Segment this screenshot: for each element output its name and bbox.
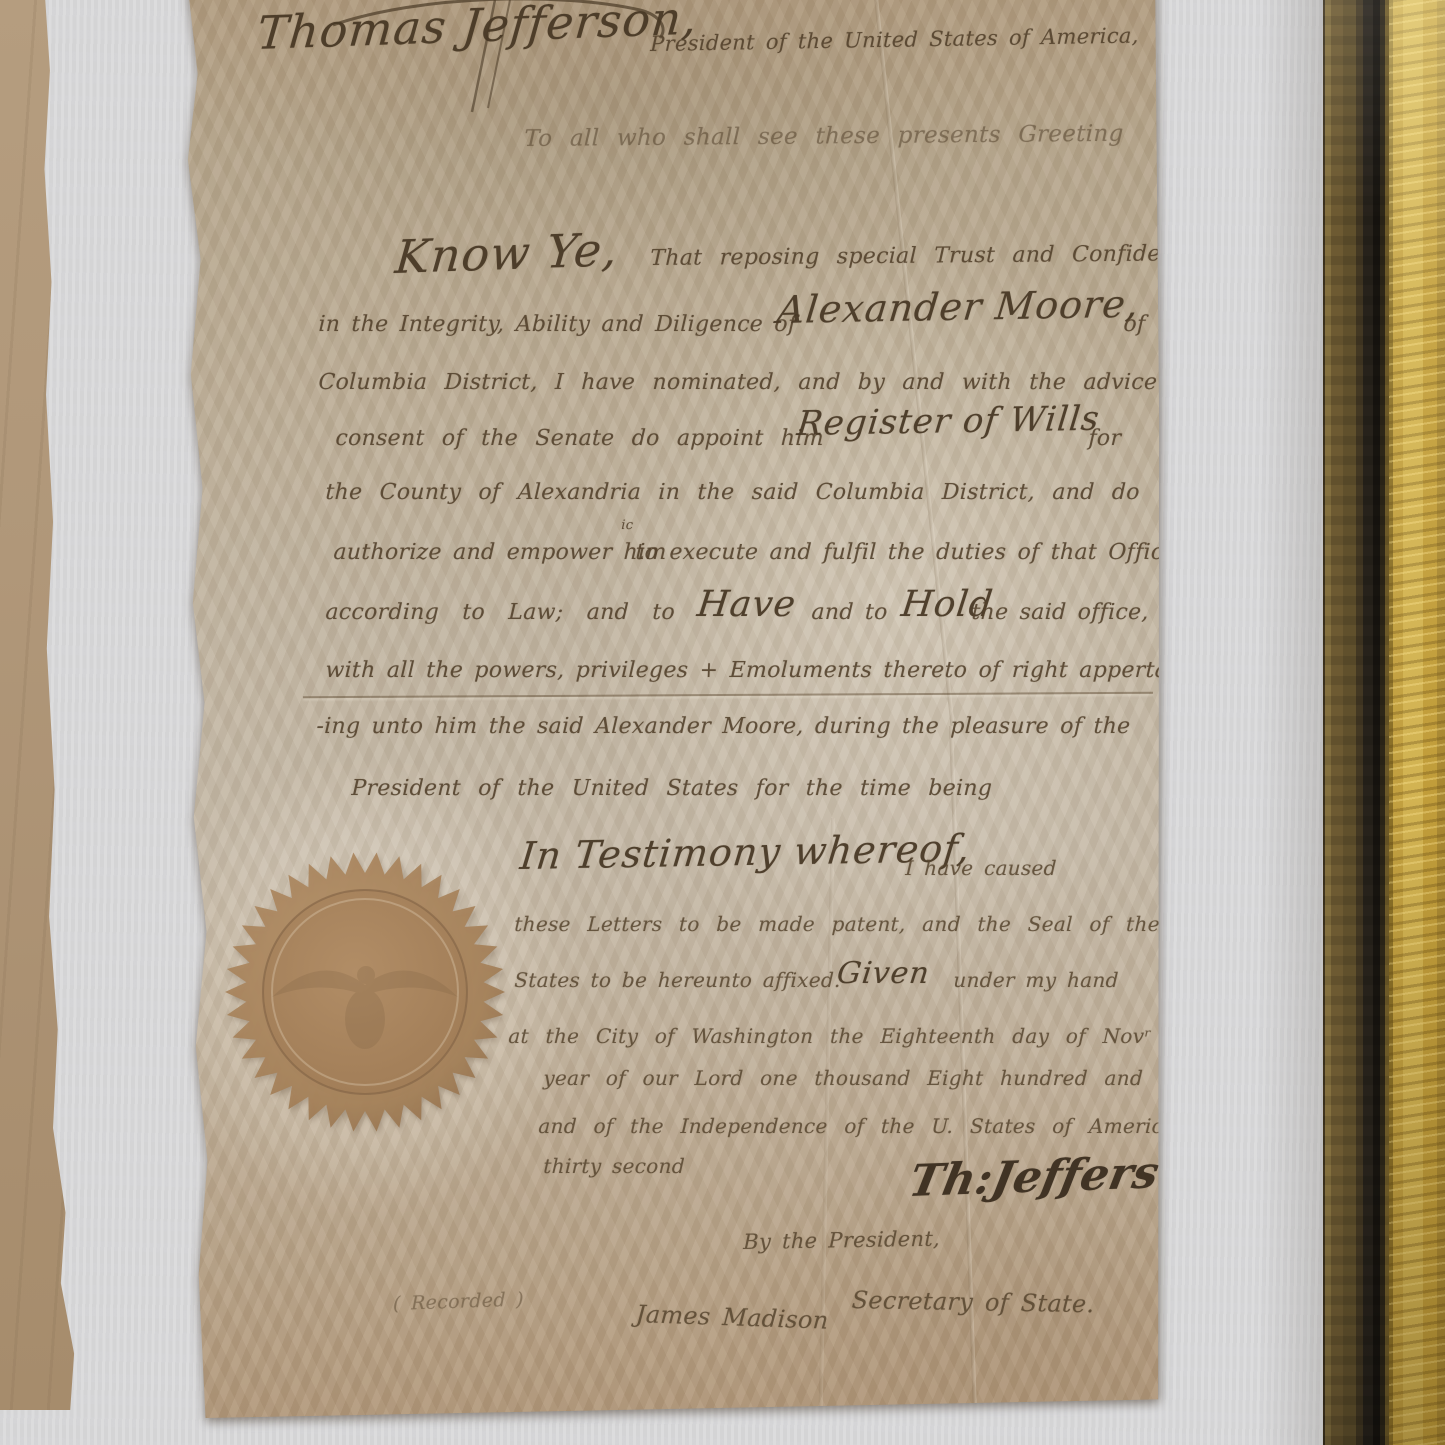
line-salutation: To all who shall see these presents Gree… — [524, 121, 1124, 152]
line-recorded-note: ( Recorded ) — [393, 1288, 524, 1315]
document-wrapper: Thomas Jefferson,President of the United… — [0, 0, 1445, 1445]
line-body-1c: of — [1123, 312, 1146, 337]
line-know-ye: Know Ye, — [393, 222, 620, 284]
frame-inner-shadow — [1258, 0, 1323, 1445]
line-appointee-name: Alexander Moore, — [775, 282, 1141, 332]
line-body-3c: for — [1088, 426, 1122, 451]
line-body-1a: in the Integrity, Ability and Diligence … — [318, 312, 797, 337]
line-jefferson-signature: Th:Jefferson — [905, 1145, 1226, 1207]
line-testimony-rest: I have caused — [905, 856, 1057, 880]
line-body-7: with all the powers, privileges + Emolum… — [325, 658, 1198, 683]
line-close-6: thirty second — [543, 1154, 685, 1178]
line-have-word: Have — [695, 584, 799, 625]
line-body-3a: consent of the Senate do appoint him — [335, 426, 824, 451]
line-close-4: year of our Lord one thousand Eight hund… — [543, 1066, 1230, 1090]
frame-gold-band — [1389, 0, 1445, 1445]
line-office-title: Register of Wills — [795, 399, 1102, 444]
line-secretary-title: Secretary of State. — [851, 1286, 1095, 1318]
document-lines: Thomas Jefferson,President of the United… — [183, 0, 1163, 1418]
line-close-2a: States to be hereunto affixed. — [514, 968, 841, 992]
commission-document: Thomas Jefferson,President of the United… — [183, 0, 1163, 1418]
line-given-word: Given — [835, 956, 932, 991]
line-body-9: President of the United States for the t… — [351, 776, 993, 801]
line-body-6e: the said office, — [971, 600, 1149, 625]
line-close-1: these Letters to be made patent, and the… — [514, 912, 1248, 936]
line-close-3: at the City of Washington the Eighteenth… — [508, 1024, 1239, 1048]
line-close-2c: under my hand — [953, 968, 1119, 992]
gilt-picture-frame — [1323, 0, 1445, 1445]
framed-jefferson-commission-photo: Thomas Jefferson,President of the United… — [0, 0, 1445, 1445]
line-title-office: President of the United States of Americ… — [650, 23, 1139, 56]
line-close-5: and of the Independence of the U. States… — [538, 1114, 1226, 1138]
line-body-5b: to execute and fulfil the duties of that… — [635, 540, 1177, 565]
line-by-president: By the President, — [743, 1227, 940, 1254]
line-title-name: Thomas Jefferson, — [255, 0, 700, 60]
line-body-5-sup: ic — [621, 518, 634, 533]
line-body-2: Columbia District, I have nominated, and… — [318, 370, 1217, 395]
line-madison-signature: James Madison — [635, 1300, 829, 1335]
line-body-5a: authorize and empower him — [333, 540, 667, 565]
line-body-8: -ing unto him the said Alexander Moore, … — [316, 714, 1131, 739]
line-body-6c: and to — [811, 600, 888, 625]
line-body-6a: according to Law; and to — [325, 600, 675, 625]
line-body-4: the County of Alexandria in the said Col… — [325, 480, 1140, 505]
line-know-ye-rest: That reposing special Trust and Confiden… — [650, 241, 1201, 271]
